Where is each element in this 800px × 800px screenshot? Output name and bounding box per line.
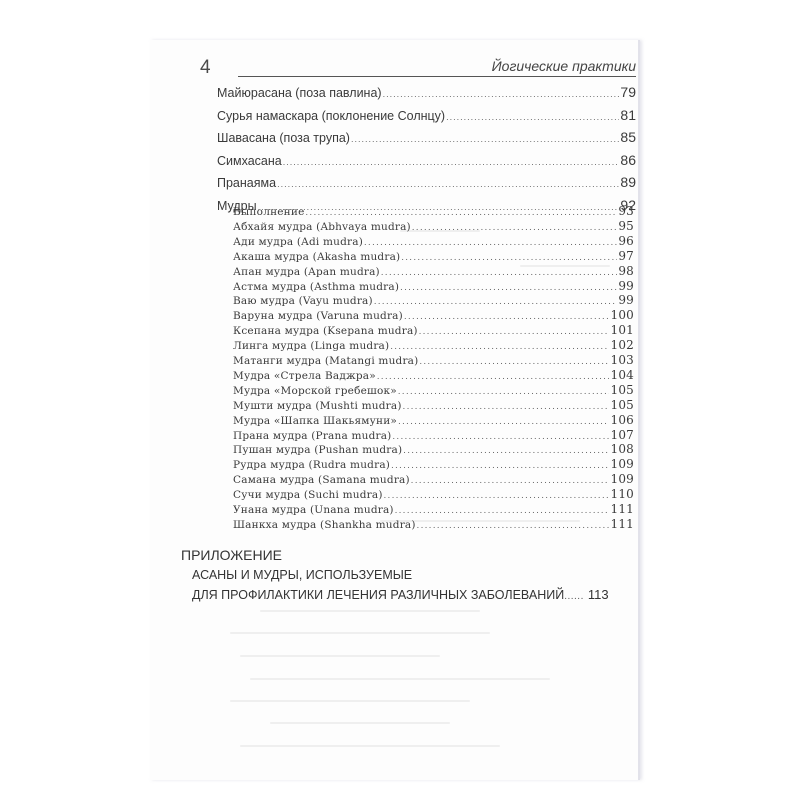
toc-entry-page: 110 xyxy=(610,487,634,501)
appendix-subtitle-line1: АСАНЫ И МУДРЫ, ИСПОЛЬЗУЕМЫЕ xyxy=(192,568,412,582)
toc-entry-title: Мудра «Шапка Шакьямуни» xyxy=(233,415,397,427)
toc-entry-page: 79 xyxy=(620,84,636,100)
dot-leader xyxy=(395,506,610,515)
toc-entry-title: Пушан мудра (Pushan mudra) xyxy=(233,444,402,456)
dot-leader xyxy=(351,134,619,144)
toc-entry[interactable]: Сучи мудра (Suchi mudra)110 xyxy=(233,487,634,502)
bleed-through-line xyxy=(270,722,450,724)
toc-entry[interactable]: Пушан мудра (Pushan mudra)108 xyxy=(233,442,634,457)
toc-entry[interactable]: Шавасана (поза трупа)85 xyxy=(217,129,636,147)
toc-entry[interactable]: Мудра «Шапка Шакьямуни»106 xyxy=(233,413,634,428)
toc-entry[interactable]: Симхасана86 xyxy=(217,152,636,170)
toc-entry-title: Унана мудра (Unana mudra) xyxy=(233,504,394,516)
dot-leader xyxy=(403,446,609,455)
toc-entry[interactable]: Ади мудра (Adi mudra)96 xyxy=(233,234,634,249)
appendix-page-number: 113 xyxy=(588,587,609,602)
bleed-through-line xyxy=(230,632,490,634)
appendix-subtitle-line2: ДЛЯ ПРОФИЛАКТИКИ ЛЕЧЕНИЯ РАЗЛИЧНЫХ ЗАБОЛ… xyxy=(192,588,564,602)
toc-entry[interactable]: Ксепана мудра (Ksepana mudra)101 xyxy=(233,323,634,338)
bleed-through-line xyxy=(230,700,470,702)
toc-entry-title: Сучи мудра (Suchi mudra) xyxy=(233,489,383,501)
toc-entry-page: 98 xyxy=(618,264,634,278)
toc-entry-page: 89 xyxy=(620,174,636,190)
toc-entry[interactable]: Рудра мудра (Rudra mudra)109 xyxy=(233,457,634,472)
toc-entry-page: 102 xyxy=(610,338,634,352)
dot-leader xyxy=(400,283,617,292)
toc-entry-page: 105 xyxy=(610,398,634,412)
toc-entry[interactable]: Мушти мудра (Mushti mudra)105 xyxy=(233,398,634,413)
toc-entry-title: Сурья намаскара (поклонение Солнцу) xyxy=(217,109,445,123)
toc-entry-title: Абхайя мудра (Abhvaya mudra) xyxy=(233,221,411,233)
toc-entry-page: 93 xyxy=(618,204,634,218)
toc-entry-page: 81 xyxy=(620,107,636,123)
toc-entry-page: 96 xyxy=(618,234,634,248)
toc-entry[interactable]: Линга мудра (Linga mudra)102 xyxy=(233,338,634,353)
toc-entry-page: 100 xyxy=(610,308,634,322)
dot-leader xyxy=(419,357,609,366)
toc-entry[interactable]: Астма мудра (Asthma mudra)99 xyxy=(233,279,634,294)
toc-entry-title: Мудра «Морской гребешок» xyxy=(233,385,397,397)
bleed-through-line xyxy=(260,610,480,612)
dot-leader xyxy=(411,476,610,485)
toc-entry-page: 105 xyxy=(610,383,634,397)
toc-entry-page: 104 xyxy=(610,368,634,382)
dot-leader xyxy=(381,268,617,277)
dot-leader xyxy=(374,297,618,306)
toc-entry[interactable]: Абхайя мудра (Abhvaya mudra)95 xyxy=(233,219,634,234)
toc-entry-title: Шавасана (поза трупа) xyxy=(217,131,350,145)
toc-entry-title: Варуна мудра (Varuna mudra) xyxy=(233,310,403,322)
dot-leader xyxy=(398,417,609,426)
dot-leader xyxy=(398,387,610,396)
toc-entry-page: 106 xyxy=(610,413,634,427)
toc-entry-page: 86 xyxy=(620,152,636,168)
toc-entry[interactable]: Мудра «Морской гребешок»105 xyxy=(233,383,634,398)
dot-leader xyxy=(306,208,618,217)
toc-entry-page: 109 xyxy=(610,457,634,471)
dot-leader xyxy=(383,89,620,99)
dot-leader xyxy=(412,223,617,232)
toc-entry-page: 85 xyxy=(620,129,636,145)
toc-entry-page: 109 xyxy=(610,472,634,486)
toc-entry[interactable]: Сурья намаскара (поклонение Солнцу)81 xyxy=(217,107,636,125)
toc-entry-page: 103 xyxy=(610,353,634,367)
dot-leader xyxy=(404,312,610,321)
dot-leader xyxy=(419,327,610,336)
toc-entry[interactable]: Ваю мудра (Vayu mudra)99 xyxy=(233,293,634,308)
toc-entry-title: Самана мудра (Samana mudra) xyxy=(233,474,410,486)
toc-entry-title: Рудра мудра (Rudra mudra) xyxy=(233,459,390,471)
toc-entry[interactable]: Унана мудра (Unana mudra)111 xyxy=(233,502,634,517)
bleed-through-line xyxy=(240,655,440,657)
dot-leader xyxy=(364,238,617,247)
dot-leader xyxy=(384,491,610,500)
dot-leader xyxy=(403,402,610,411)
toc-entry[interactable]: Матанги мудра (Matangi mudra)103 xyxy=(233,353,634,368)
dot-leader: ...... xyxy=(564,591,584,602)
dot-leader xyxy=(277,179,619,189)
appendix-heading: ПРИЛОЖЕНИЕ xyxy=(181,547,282,563)
toc-entry-page: 97 xyxy=(618,249,634,263)
dot-leader xyxy=(446,112,619,122)
toc-entry-title: Ади мудра (Adi mudra) xyxy=(233,236,363,248)
toc-entry[interactable]: Варуна мудра (Varuna mudra)100 xyxy=(233,308,634,323)
toc-entry-title: Выполнение xyxy=(233,206,305,218)
toc-entry-title: Симхасана xyxy=(217,154,282,168)
toc-entry[interactable]: Майюрасана (поза павлина)79 xyxy=(217,84,636,102)
toc-entry-title: Матанги мудра (Matangi mudra) xyxy=(233,355,418,367)
bleed-through-line xyxy=(250,678,550,680)
toc-entry-page: 111 xyxy=(610,502,634,516)
toc-entry-page: 95 xyxy=(618,219,634,233)
appendix-entry[interactable]: ДЛЯ ПРОФИЛАКТИКИ ЛЕЧЕНИЯ РАЗЛИЧНЫХ ЗАБОЛ… xyxy=(192,587,609,602)
dot-leader xyxy=(417,521,610,530)
toc-entry[interactable]: Самана мудра (Samana mudra)109 xyxy=(233,472,634,487)
toc-entry-title: Мудра «Стрела Ваджра» xyxy=(233,370,376,382)
toc-entry-title: Линга мудра (Linga mudra) xyxy=(233,340,389,352)
toc-entry-title: Астма мудра (Asthma mudra) xyxy=(233,281,399,293)
toc-entry-title: Акаша мудра (Akasha mudra) xyxy=(233,251,400,263)
dot-leader xyxy=(377,372,610,381)
toc-entry-title: Мушти мудра (Mushti mudra) xyxy=(233,400,402,412)
toc-entry-page: 99 xyxy=(618,279,634,293)
toc-entry[interactable]: Выполнение93 xyxy=(233,204,634,219)
toc-entry-title: Ваю мудра (Vayu mudra) xyxy=(233,295,373,307)
bleed-through-line xyxy=(240,745,500,747)
running-title: Йогические практики xyxy=(238,58,636,77)
toc-entry-page: 99 xyxy=(618,293,634,307)
toc-entry-title: Ксепана мудра (Ksepana mudra) xyxy=(233,325,418,337)
toc-entry-page: 101 xyxy=(610,323,634,337)
toc-entry[interactable]: Акаша мудра (Akasha mudra)97 xyxy=(233,249,634,264)
dot-leader xyxy=(283,157,620,167)
toc-entry-page: 108 xyxy=(610,442,634,456)
toc-entry-title: Прана мудра (Prana mudra) xyxy=(233,430,391,442)
toc-entry-title: Майюрасана (поза павлина) xyxy=(217,86,382,100)
dot-leader xyxy=(392,432,609,441)
toc-entry[interactable]: Пранаяма89 xyxy=(217,174,636,192)
toc-entry[interactable]: Шанкха мудра (Shankha mudra)111 xyxy=(233,517,634,532)
dot-leader xyxy=(390,342,609,351)
toc-entry-page: 111 xyxy=(610,517,634,531)
toc-entry-page: 107 xyxy=(610,428,634,442)
page-number: 4 xyxy=(200,57,211,79)
toc-entry-title: Пранаяма xyxy=(217,176,276,190)
toc-entry[interactable]: Апан мудра (Apan mudra)98 xyxy=(233,264,634,279)
toc-entry[interactable]: Прана мудра (Prana mudra)107 xyxy=(233,428,634,443)
dot-leader xyxy=(391,461,609,470)
toc-entry[interactable]: Мудра «Стрела Ваджра»104 xyxy=(233,368,634,383)
toc-entry-title: Шанкха мудра (Shankha mudra) xyxy=(233,519,416,531)
toc-entry-title: Апан мудра (Apan mudra) xyxy=(233,266,380,278)
dot-leader xyxy=(401,253,617,262)
